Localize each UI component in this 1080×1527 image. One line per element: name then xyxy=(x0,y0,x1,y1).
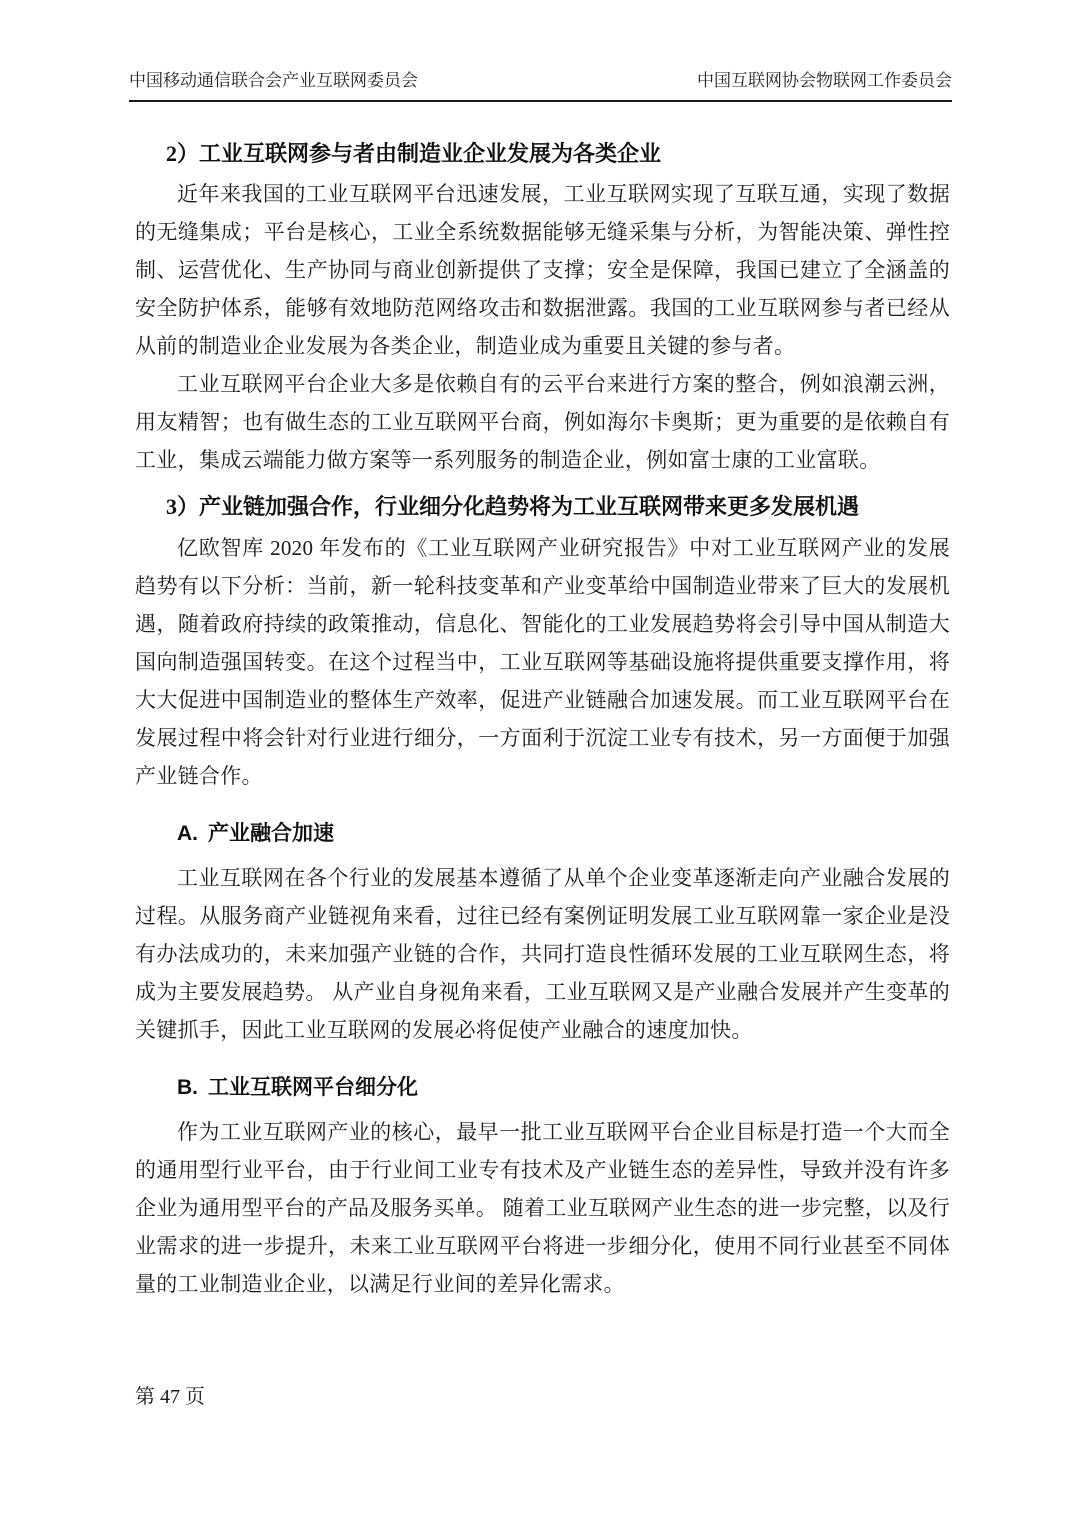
paragraph-2-1: 近年来我国的工业互联网平台迅速发展，工业互联网实现了互联互通，实现了数据的无缝集… xyxy=(135,175,950,365)
header-left-org: 中国移动通信联合会产业互联网委员会 xyxy=(129,70,418,92)
paragraph-b-1: 作为工业互联网产业的核心，最早一批工业互联网平台企业目标是打造一个大而全的通用型… xyxy=(135,1113,950,1303)
page-number: 第 47 页 xyxy=(135,1380,205,1409)
paragraph-a-1: 工业互联网在各个行业的发展基本遵循了从单个企业变革逐渐走向产业融合发展的过程。从… xyxy=(135,859,950,1049)
subsection-b-label: B. xyxy=(177,1076,198,1099)
section-heading-2: 2）工业互联网参与者由制造业企业发展为各类企业 xyxy=(135,139,950,169)
document-page: 中国移动通信联合会产业互联网委员会 中国互联网协会物联网工作委员会 2）工业互联… xyxy=(0,0,1080,1527)
subsection-a-label: A. xyxy=(177,822,198,845)
subsection-a-title: 产业融合加速 xyxy=(208,822,334,845)
subsection-a-heading: A.产业融合加速 xyxy=(135,820,950,848)
page-header: 中国移动通信联合会产业互联网委员会 中国互联网协会物联网工作委员会 xyxy=(129,70,952,102)
paragraph-3-1: 亿欧智库 2020 年发布的《工业互联网产业研究报告》中对工业互联网产业的发展趋… xyxy=(135,529,950,795)
subsection-b-title: 工业互联网平台细分化 xyxy=(208,1076,418,1099)
paragraph-2-2: 工业互联网平台企业大多是依赖自有的云平台来进行方案的整合，例如浪潮云洲，用友精智… xyxy=(135,365,950,479)
subsection-b-heading: B.工业互联网平台细分化 xyxy=(135,1074,950,1102)
header-right-org: 中国互联网协会物联网工作委员会 xyxy=(697,70,952,92)
section-heading-3: 3）产业链加强合作，行业细分化趋势将为工业互联网带来更多发展机遇 xyxy=(135,492,950,522)
